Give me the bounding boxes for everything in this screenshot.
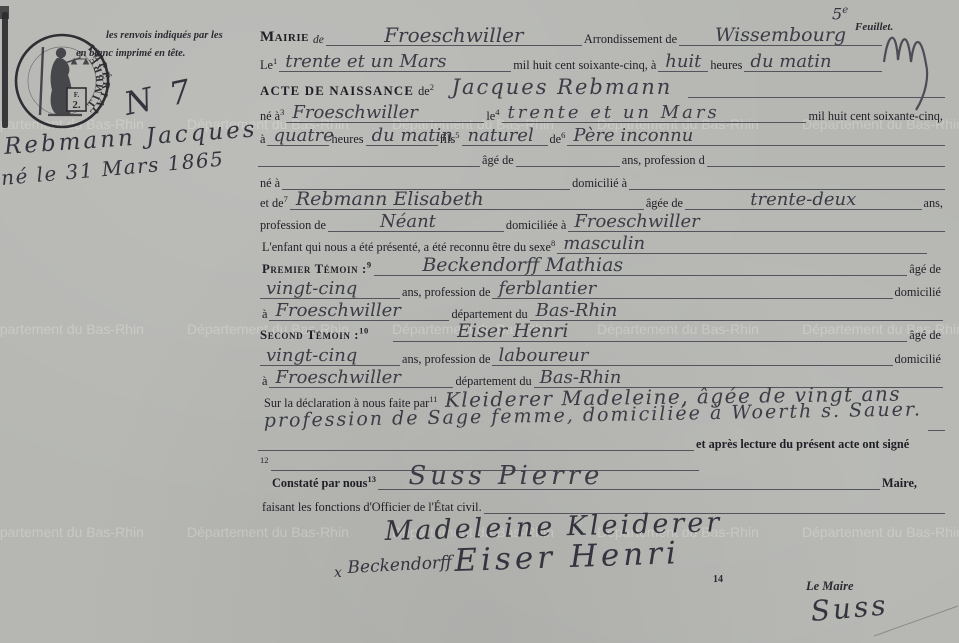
birthhour-value: quatre bbox=[267, 127, 329, 146]
acte-label: Acte de naissance bbox=[258, 85, 416, 98]
le-text: Le bbox=[260, 58, 273, 72]
witness2-dom-label: domicilié bbox=[893, 353, 943, 366]
de-text: de bbox=[550, 132, 562, 146]
witness2-age-label: âgé de bbox=[907, 329, 943, 342]
birthmatin-value: du matin bbox=[366, 127, 438, 146]
constate-text: Constaté par nous bbox=[272, 476, 367, 490]
matin-value: du matin bbox=[744, 53, 882, 72]
signature-flourish-line bbox=[870, 598, 959, 643]
witness1-age-label: âgé de bbox=[907, 263, 943, 276]
witness1-age-value: vingt-cinq bbox=[260, 280, 400, 299]
witness2-label: Second Témoin :10 bbox=[258, 329, 371, 342]
filiation-value: naturel bbox=[462, 127, 548, 146]
watermark-text: Département du Bas-Rhin bbox=[187, 524, 392, 540]
scan-edge-artifact bbox=[0, 6, 9, 19]
witness2-a-label: à bbox=[260, 375, 269, 388]
watermark-text: Département du Bas-Rhin bbox=[0, 321, 187, 337]
father-value: Père inconnu bbox=[567, 127, 717, 146]
witness2-name: Eiser Henri bbox=[393, 322, 633, 342]
mairie-de-label: de bbox=[311, 34, 326, 46]
fonctions-label: faisant les fonctions d'Officier de l'Ét… bbox=[260, 501, 484, 514]
birthplace-value: Froeschwiller bbox=[286, 104, 484, 123]
footnote-8: 8 bbox=[551, 238, 555, 248]
le-label-2: le4 bbox=[484, 110, 501, 123]
fils-text: fils bbox=[440, 132, 456, 146]
footnote-14: 14 bbox=[713, 574, 723, 585]
footnote-3: 3 bbox=[280, 107, 284, 117]
le-label: Le1 bbox=[258, 59, 279, 72]
watermark-text: Département du Bas-Rhin bbox=[802, 524, 959, 540]
witness1-place-value: Froeschwiller bbox=[269, 302, 449, 321]
father-age-label: âgé de bbox=[480, 154, 516, 167]
line-mother: et de7 Rebmann Elisabeth âgée de trente-… bbox=[258, 188, 945, 210]
stamp-class-label: F. bbox=[74, 91, 80, 99]
blank-rule bbox=[688, 93, 945, 98]
acte-de-label: de2 bbox=[416, 85, 436, 98]
line-mairie: Mairie de Froeschwiller Arrondissement d… bbox=[258, 24, 882, 46]
heures-label: heures bbox=[708, 59, 744, 72]
date-value: trente et un Mars bbox=[279, 53, 511, 72]
footnote-9: 9 bbox=[367, 259, 372, 269]
ne-a-label: né à3 bbox=[258, 110, 286, 123]
mother-name: Rebmann Elisabeth bbox=[290, 190, 552, 210]
birth-certificate-scan: Département du Bas-Rhin Département du B… bbox=[0, 0, 959, 643]
acte-de-text: de bbox=[418, 84, 430, 98]
blank-rule bbox=[516, 162, 620, 167]
footnote-7: 7 bbox=[284, 194, 288, 204]
father-prof-label: ans, profession d bbox=[620, 154, 707, 167]
footnote-5: 5 bbox=[455, 130, 459, 140]
mother-prof-label: profession de bbox=[258, 219, 328, 232]
line-witness1-profession: vingt-cinq ans, profession de ferblantie… bbox=[260, 277, 943, 299]
mother-age-value: trente-deux bbox=[685, 191, 922, 210]
imperial-stamp: TIMBRE IMPÉRIAL F. 2. bbox=[12, 26, 112, 136]
footnote-12: 12 bbox=[260, 455, 269, 465]
arrondissement-label: Arrondissement de bbox=[582, 33, 679, 46]
line-witness1-name: Premier Témoin :9 Beckendorff Mathias âg… bbox=[260, 254, 943, 276]
line-constate: Constaté par nous13 Suss Pierre Maire, bbox=[258, 468, 945, 490]
le-text-2: le bbox=[486, 109, 495, 123]
signature-witness2: Eiser Henri bbox=[454, 538, 681, 577]
maire-label: Maire, bbox=[880, 477, 919, 490]
child-presented-label: L'enfant qui nous a été présenté, a été … bbox=[260, 241, 557, 254]
scan-edge-artifact bbox=[2, 12, 8, 128]
line-father-age: âgé de ans, profession d bbox=[258, 145, 945, 167]
witness2-prof-label: ans, profession de bbox=[400, 353, 492, 366]
witness2-place-value: Froeschwiller bbox=[269, 369, 453, 388]
ne-a-text: né à bbox=[260, 109, 280, 123]
witness2-label-text: Second Témoin : bbox=[260, 328, 359, 342]
et-de-text: et de bbox=[260, 196, 284, 210]
margin-note-line1: les renvois indiqués par les bbox=[106, 30, 223, 41]
et-de-label: et de7 bbox=[258, 197, 290, 210]
watermark-text: Département du Bas-Rhin bbox=[0, 524, 187, 540]
line-witness1-place: à Froeschwiller département du Bas-Rhin bbox=[260, 299, 943, 321]
line-birthplace: né à3 Froeschwiller le4 trente et un Mar… bbox=[258, 101, 945, 123]
witness2-prof-value: laboureur bbox=[492, 347, 626, 366]
blank-rule bbox=[633, 337, 907, 342]
line-declaration2: profession de Sage femme, domiciliée à W… bbox=[258, 409, 945, 431]
line-mother-profession: profession de Néant domiciliée à Froesch… bbox=[258, 210, 945, 232]
arrondissement-value: Wissembourg bbox=[679, 26, 882, 46]
footnote-4: 4 bbox=[495, 107, 499, 117]
witness1-dept-value: Bas-Rhin bbox=[530, 302, 690, 321]
sheet-number-exp: e bbox=[842, 5, 848, 16]
ans-label: ans, bbox=[922, 197, 945, 210]
mother-dom-value: Froeschwiller bbox=[568, 213, 744, 232]
witness1-prof-label: ans, profession de bbox=[400, 286, 492, 299]
footnote-6: 6 bbox=[561, 130, 565, 140]
blank-rule bbox=[634, 485, 880, 490]
blank-rule bbox=[258, 162, 480, 167]
blank-rule bbox=[707, 162, 945, 167]
mairie-label: Mairie bbox=[258, 30, 311, 46]
footnote-1: 1 bbox=[273, 56, 277, 66]
line-birthhour: à quatre heures du matin fils5 naturel d… bbox=[258, 124, 945, 146]
sheet-number: 5e bbox=[832, 6, 848, 22]
footnote-13: 13 bbox=[367, 474, 376, 484]
line-date: Le1 trente et un Mars mil huit cent soix… bbox=[258, 50, 882, 72]
line-lecture: et après lecture du présent acte ont sig… bbox=[258, 429, 945, 451]
mother-age-label: âgée de bbox=[644, 197, 685, 210]
blank-rule bbox=[672, 271, 908, 276]
signature-witness1: Beckendorff bbox=[347, 555, 452, 577]
witness1-label: Premier Témoin :9 bbox=[260, 263, 374, 276]
witness1-name: Beckendorff Mathias bbox=[374, 256, 672, 276]
margin-note-line2: en blanc imprimé en tête. bbox=[76, 48, 185, 59]
line-child-sex: L'enfant qui nous a été présenté, a été … bbox=[260, 232, 945, 254]
witness2-age-value: vingt-cinq bbox=[260, 347, 400, 366]
birthdate-value: trente et un Mars bbox=[502, 104, 807, 123]
hour-value: huit bbox=[658, 53, 708, 72]
witness1-dom-label: domicilié bbox=[893, 286, 943, 299]
child-presented-text: L'enfant qui nous a été présenté, a été … bbox=[262, 240, 551, 254]
footnote-2: 2 bbox=[430, 82, 434, 92]
line-witness2-name: Second Témoin :10 Eiser Henri âgé de bbox=[258, 320, 943, 342]
acte-name: Jacques Rebmann bbox=[436, 77, 688, 98]
sheet-number-value: 5 bbox=[832, 4, 842, 23]
act-number: N 7 bbox=[121, 74, 197, 120]
line-father-domicile: né à domicilié à bbox=[258, 168, 945, 190]
witness1-label-text: Premier Témoin : bbox=[262, 262, 367, 276]
mairie-value: Froeschwiller bbox=[326, 25, 582, 46]
mother-prof-value: Néant bbox=[328, 213, 488, 232]
stamp-value: 2. bbox=[72, 99, 81, 111]
witness1-prof-value: ferblantier bbox=[492, 280, 640, 299]
signature-cross-mark: x bbox=[334, 566, 342, 580]
line-acte: Acte de naissance de2 Jacques Rebmann bbox=[258, 76, 945, 98]
child-sex-value: masculin bbox=[557, 235, 661, 254]
line-witness2-profession: vingt-cinq ans, profession de laboureur … bbox=[260, 344, 943, 366]
footnote-11: 11 bbox=[429, 394, 437, 404]
footnote-10: 10 bbox=[359, 325, 369, 335]
year-printed: mil huit cent soixante-cinq, à bbox=[511, 59, 658, 72]
constate-label: Constaté par nous13 bbox=[270, 477, 378, 490]
officer-name: Suss Pierre bbox=[378, 463, 634, 490]
mother-dom-label: domiciliée à bbox=[504, 219, 568, 232]
paraph-flourish-icon bbox=[876, 22, 944, 112]
birthyear-printed: mil huit cent soixante-cinq, bbox=[806, 110, 945, 123]
